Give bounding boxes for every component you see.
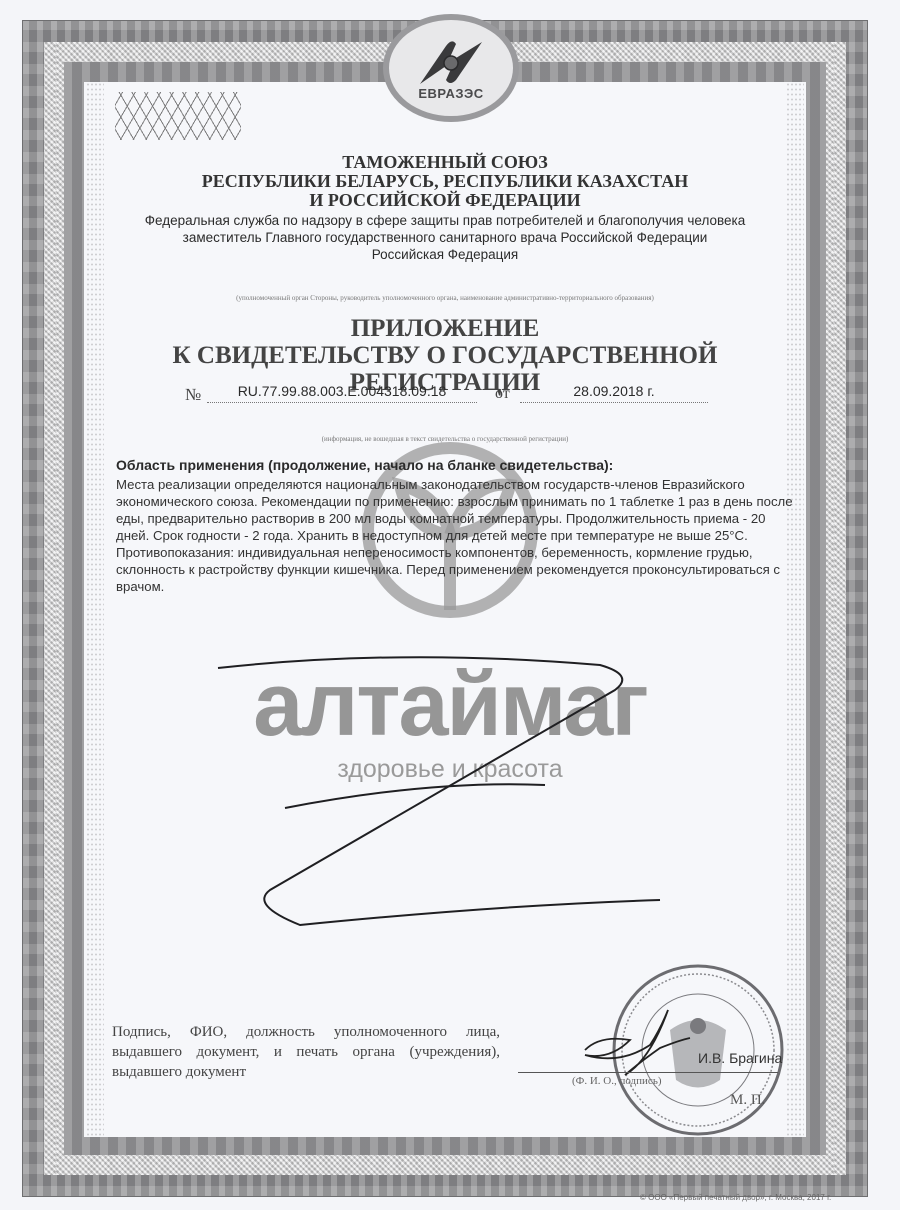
eurasec-emblem-icon <box>416 36 486 88</box>
emblem-label: ЕВРАЗЭС <box>418 86 483 101</box>
guilloche-ornament <box>115 92 241 140</box>
registration-number-line: № RU.77.99.88.003.E.004318.09.18 от 28.0… <box>185 383 715 405</box>
signature-line <box>518 1072 778 1073</box>
application-area-section: Область применения (продолжение, начало … <box>116 456 796 595</box>
signer-name: И.В. Брагина <box>698 1050 782 1066</box>
printer-copyright: © ООО «Первый печатный двор», г. Москва,… <box>640 1193 831 1202</box>
eurasec-emblem: ЕВРАЗЭС <box>383 14 519 122</box>
agency-line: Российская Федерация <box>84 246 806 263</box>
brand-tagline: здоровье и красота <box>200 755 700 784</box>
customs-union-title: ТАМОЖЕННЫЙ СОЮЗ РЕСПУБЛИКИ БЕЛАРУСЬ, РЕС… <box>84 153 806 210</box>
union-title-line: РЕСПУБЛИКИ БЕЛАРУСЬ, РЕСПУБЛИКИ КАЗАХСТА… <box>84 172 806 191</box>
issuing-agency: Федеральная служба по надзору в сфере за… <box>84 212 806 263</box>
stamp-place-mark: М. П. <box>730 1092 765 1109</box>
section-heading: Область применения (продолжение, начало … <box>116 456 796 474</box>
agency-line: Федеральная служба по надзору в сфере за… <box>84 212 806 229</box>
authority-caption: (уполномоченный орган Стороны, руководит… <box>84 294 806 302</box>
union-title-line: И РОССИЙСКОЙ ФЕДЕРАЦИИ <box>84 191 806 210</box>
brand-watermark: алтаймаг <box>200 660 700 750</box>
fio-caption: (Ф. И. О., подпись) <box>572 1075 662 1087</box>
section-text: Места реализации определяются национальн… <box>116 476 796 595</box>
appendix-title-line: ПРИЛОЖЕНИЕ <box>84 315 806 342</box>
agency-line: заместитель Главного государственного са… <box>84 229 806 246</box>
number-sign: № <box>185 385 201 405</box>
union-title-line: ТАМОЖЕННЫЙ СОЮЗ <box>84 153 806 172</box>
signature-caption: Подпись, ФИО, должность уполномоченного … <box>112 1022 500 1082</box>
date-label: от <box>495 385 510 403</box>
registration-number: RU.77.99.88.003.E.004318.09.18 <box>207 383 477 403</box>
registration-date: 28.09.2018 г. <box>520 383 708 403</box>
